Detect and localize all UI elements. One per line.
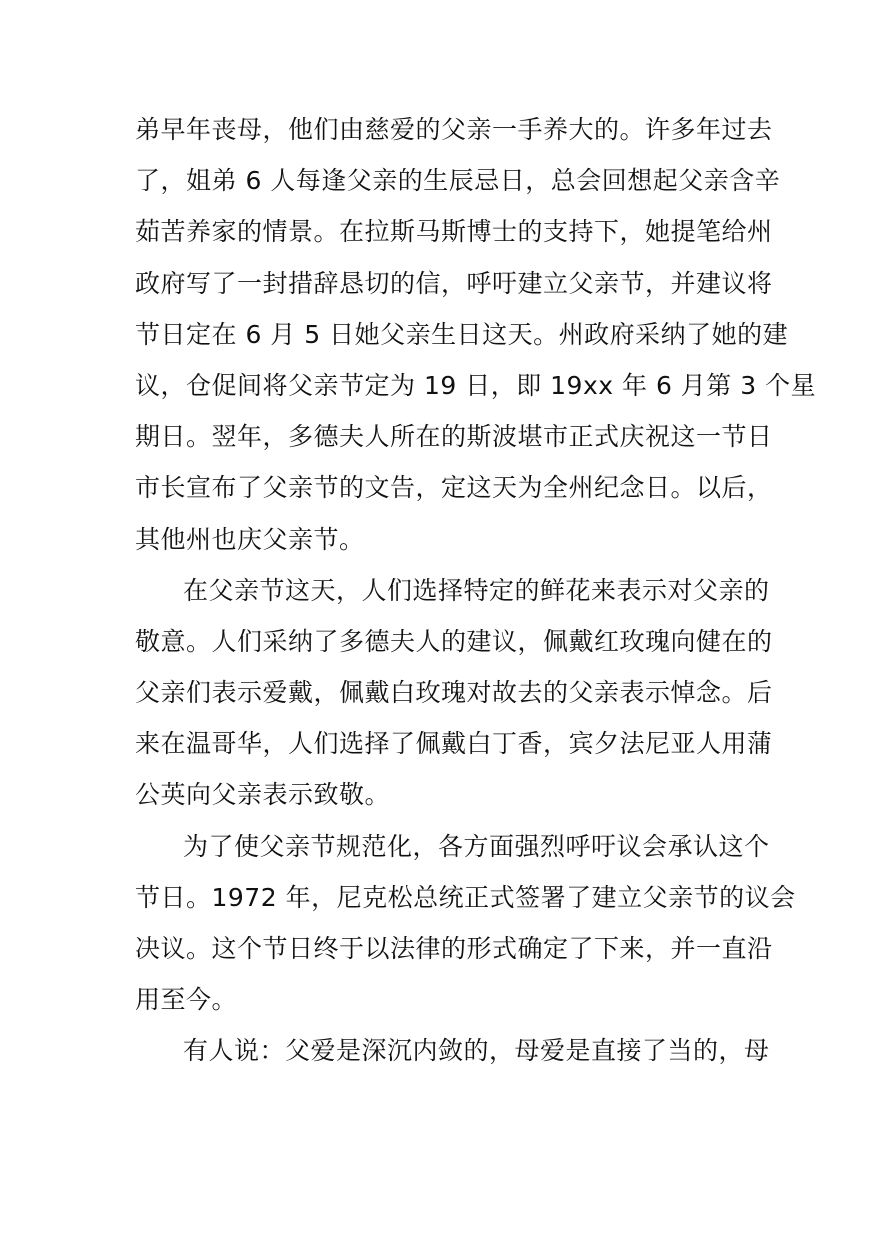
text-line: 来在温哥华，人们选择了佩戴白丁香，宾夕法尼亚人用蒲 bbox=[135, 724, 755, 775]
text-line: 节日。1972 年，尼克松总统正式签署了建立父亲节的议会 bbox=[135, 878, 755, 929]
text-line: 茹苦养家的情景。在拉斯马斯博士的支持下，她提笔给州 bbox=[135, 212, 755, 263]
paragraph-4: 有人说：父爱是深沉内敛的，母爱是直接了当的，母 bbox=[135, 1031, 755, 1082]
paragraph-1: 弟早年丧母，他们由慈爱的父亲一手养大的。许多年过去 了，姐弟 6 人每逢父亲的生… bbox=[135, 110, 755, 571]
text-line: 市长宣布了父亲节的文告，定这天为全州纪念日。以后， bbox=[135, 468, 755, 519]
text-line: 用至今。 bbox=[135, 980, 755, 1031]
text-line: 决议。这个节日终于以法律的形式确定了下来，并一直沿 bbox=[135, 929, 755, 980]
text-line: 期日。翌年，多德夫人所在的斯波堪市正式庆祝这一节日 bbox=[135, 417, 755, 468]
text-line: 了，姐弟 6 人每逢父亲的生辰忌日，总会回想起父亲含辛 bbox=[135, 161, 755, 212]
paragraph-3: 为了使父亲节规范化，各方面强烈呼吁议会承认这个 节日。1972 年，尼克松总统正… bbox=[135, 827, 755, 1032]
text-line: 政府写了一封措辞恳切的信，呼吁建立父亲节，并建议将 bbox=[135, 264, 755, 315]
text-line: 父亲们表示爱戴，佩戴白玫瑰对故去的父亲表示悼念。后 bbox=[135, 673, 755, 724]
text-line: 节日定在 6 月 5 日她父亲生日这天。州政府采纳了她的建 bbox=[135, 315, 755, 366]
paragraph-2: 在父亲节这天，人们选择特定的鲜花来表示对父亲的 敬意。人们采纳了多德夫人的建议，… bbox=[135, 571, 755, 827]
text-line-indented: 在父亲节这天，人们选择特定的鲜花来表示对父亲的 bbox=[135, 571, 755, 622]
text-line-indented: 有人说：父爱是深沉内敛的，母爱是直接了当的，母 bbox=[135, 1031, 755, 1082]
text-line: 弟早年丧母，他们由慈爱的父亲一手养大的。许多年过去 bbox=[135, 110, 755, 161]
text-line: 其他州也庆父亲节。 bbox=[135, 520, 755, 571]
text-line-indented: 为了使父亲节规范化，各方面强烈呼吁议会承认这个 bbox=[135, 827, 755, 878]
text-line: 公英向父亲表示致敬。 bbox=[135, 775, 755, 826]
document-page: 弟早年丧母，他们由慈爱的父亲一手养大的。许多年过去 了，姐弟 6 人每逢父亲的生… bbox=[135, 110, 755, 1083]
text-line: 议，仓促间将父亲节定为 19 日，即 19xx 年 6 月第 3 个星 bbox=[135, 366, 755, 417]
text-line: 敬意。人们采纳了多德夫人的建议，佩戴红玫瑰向健在的 bbox=[135, 622, 755, 673]
